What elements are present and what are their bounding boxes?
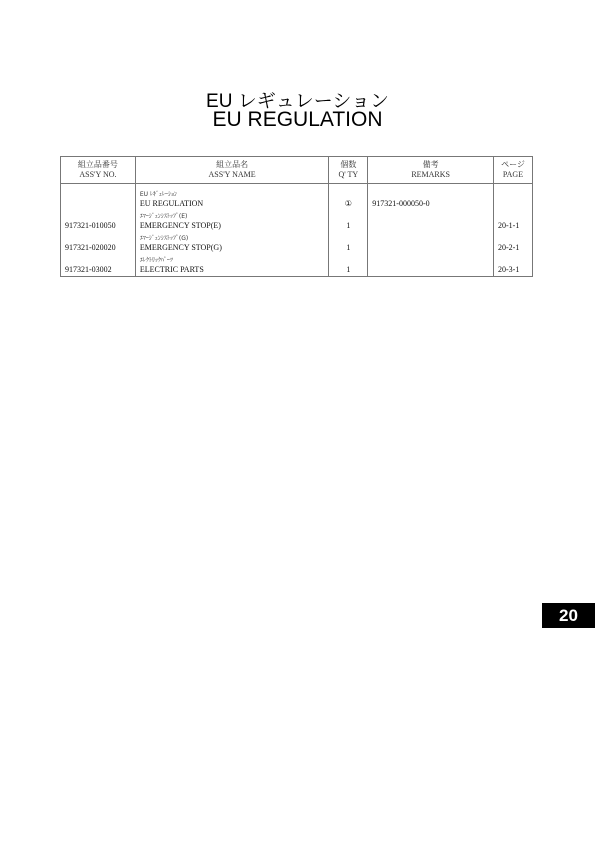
assy-no-cell: 917321-010050 <box>61 210 136 232</box>
page-ref-cell <box>494 184 533 211</box>
assy-name-en: EMERGENCY STOP(G) <box>140 243 325 253</box>
assy-name-en: EMERGENCY STOP(E) <box>140 221 325 231</box>
column-header-qty: 個数Q' TY <box>329 157 368 184</box>
assy-name-en: EU REGULATION <box>140 199 325 209</box>
remarks-cell <box>368 254 494 277</box>
column-header-page: ページPAGE <box>494 157 533 184</box>
table-row: 917321-010050 ｴﾏｰｼﾞｪﾝｼｽﾄｯﾌﾟ(E)EMERGENCY … <box>61 210 533 232</box>
page-ref-cell: 20-3-1 <box>494 254 533 277</box>
remarks-cell <box>368 232 494 254</box>
table-row: 917321-03002 ｴﾚｸﾄﾘｯｸﾊﾟｰﾂELECTRIC PARTS 1… <box>61 254 533 277</box>
assy-name-jp: ｴﾏｰｼﾞｪﾝｼｽﾄｯﾌﾟ(E) <box>140 212 325 221</box>
page-ref-cell: 20-2-1 <box>494 232 533 254</box>
page-ref-cell: 20-1-1 <box>494 210 533 232</box>
assy-no-cell: 917321-03002 <box>61 254 136 277</box>
page-title-english: EU REGULATION <box>0 108 595 132</box>
assy-name-cell: ｴﾚｸﾄﾘｯｸﾊﾟｰﾂELECTRIC PARTS <box>135 254 329 277</box>
table-row: 917321-020020 ｴﾏｰｼﾞｪﾝｼｽﾄｯﾌﾟ(G)EMERGENCY … <box>61 232 533 254</box>
column-header-assy-name: 組立品名ASS'Y NAME <box>135 157 329 184</box>
assy-name-jp: ｴﾚｸﾄﾘｯｸﾊﾟｰﾂ <box>140 256 325 265</box>
column-header-assy-no: 組立品番号ASS'Y NO. <box>61 157 136 184</box>
assy-name-jp: ｴﾏｰｼﾞｪﾝｼｽﾄｯﾌﾟ(G) <box>140 234 325 243</box>
assy-no-cell: 917321-020020 <box>61 232 136 254</box>
qty-cell: 1 <box>329 254 368 277</box>
qty-cell: ① <box>329 184 368 211</box>
assy-name-cell: EU ﾚｷﾞｭﾚｰｼｮﾝEU REGULATION <box>135 184 329 211</box>
table-row: EU ﾚｷﾞｭﾚｰｼｮﾝEU REGULATION ① 917321-00005… <box>61 184 533 211</box>
qty-cell: 1 <box>329 232 368 254</box>
assy-name-cell: ｴﾏｰｼﾞｪﾝｼｽﾄｯﾌﾟ(G)EMERGENCY STOP(G) <box>135 232 329 254</box>
assy-name-jp: EU ﾚｷﾞｭﾚｰｼｮﾝ <box>140 190 325 199</box>
remarks-cell <box>368 210 494 232</box>
column-header-remarks: 備考REMARKS <box>368 157 494 184</box>
assy-name-cell: ｴﾏｰｼﾞｪﾝｼｽﾄｯﾌﾟ(E)EMERGENCY STOP(E) <box>135 210 329 232</box>
assy-name-en: ELECTRIC PARTS <box>140 265 325 275</box>
section-tab-badge: 20 <box>542 603 595 628</box>
assembly-table: 組立品番号ASS'Y NO. 組立品名ASS'Y NAME 個数Q' TY 備考… <box>60 156 533 277</box>
remarks-cell: 917321-000050-0 <box>368 184 494 211</box>
table-header-row: 組立品番号ASS'Y NO. 組立品名ASS'Y NAME 個数Q' TY 備考… <box>61 157 533 184</box>
qty-cell: 1 <box>329 210 368 232</box>
assy-no-cell <box>61 184 136 211</box>
